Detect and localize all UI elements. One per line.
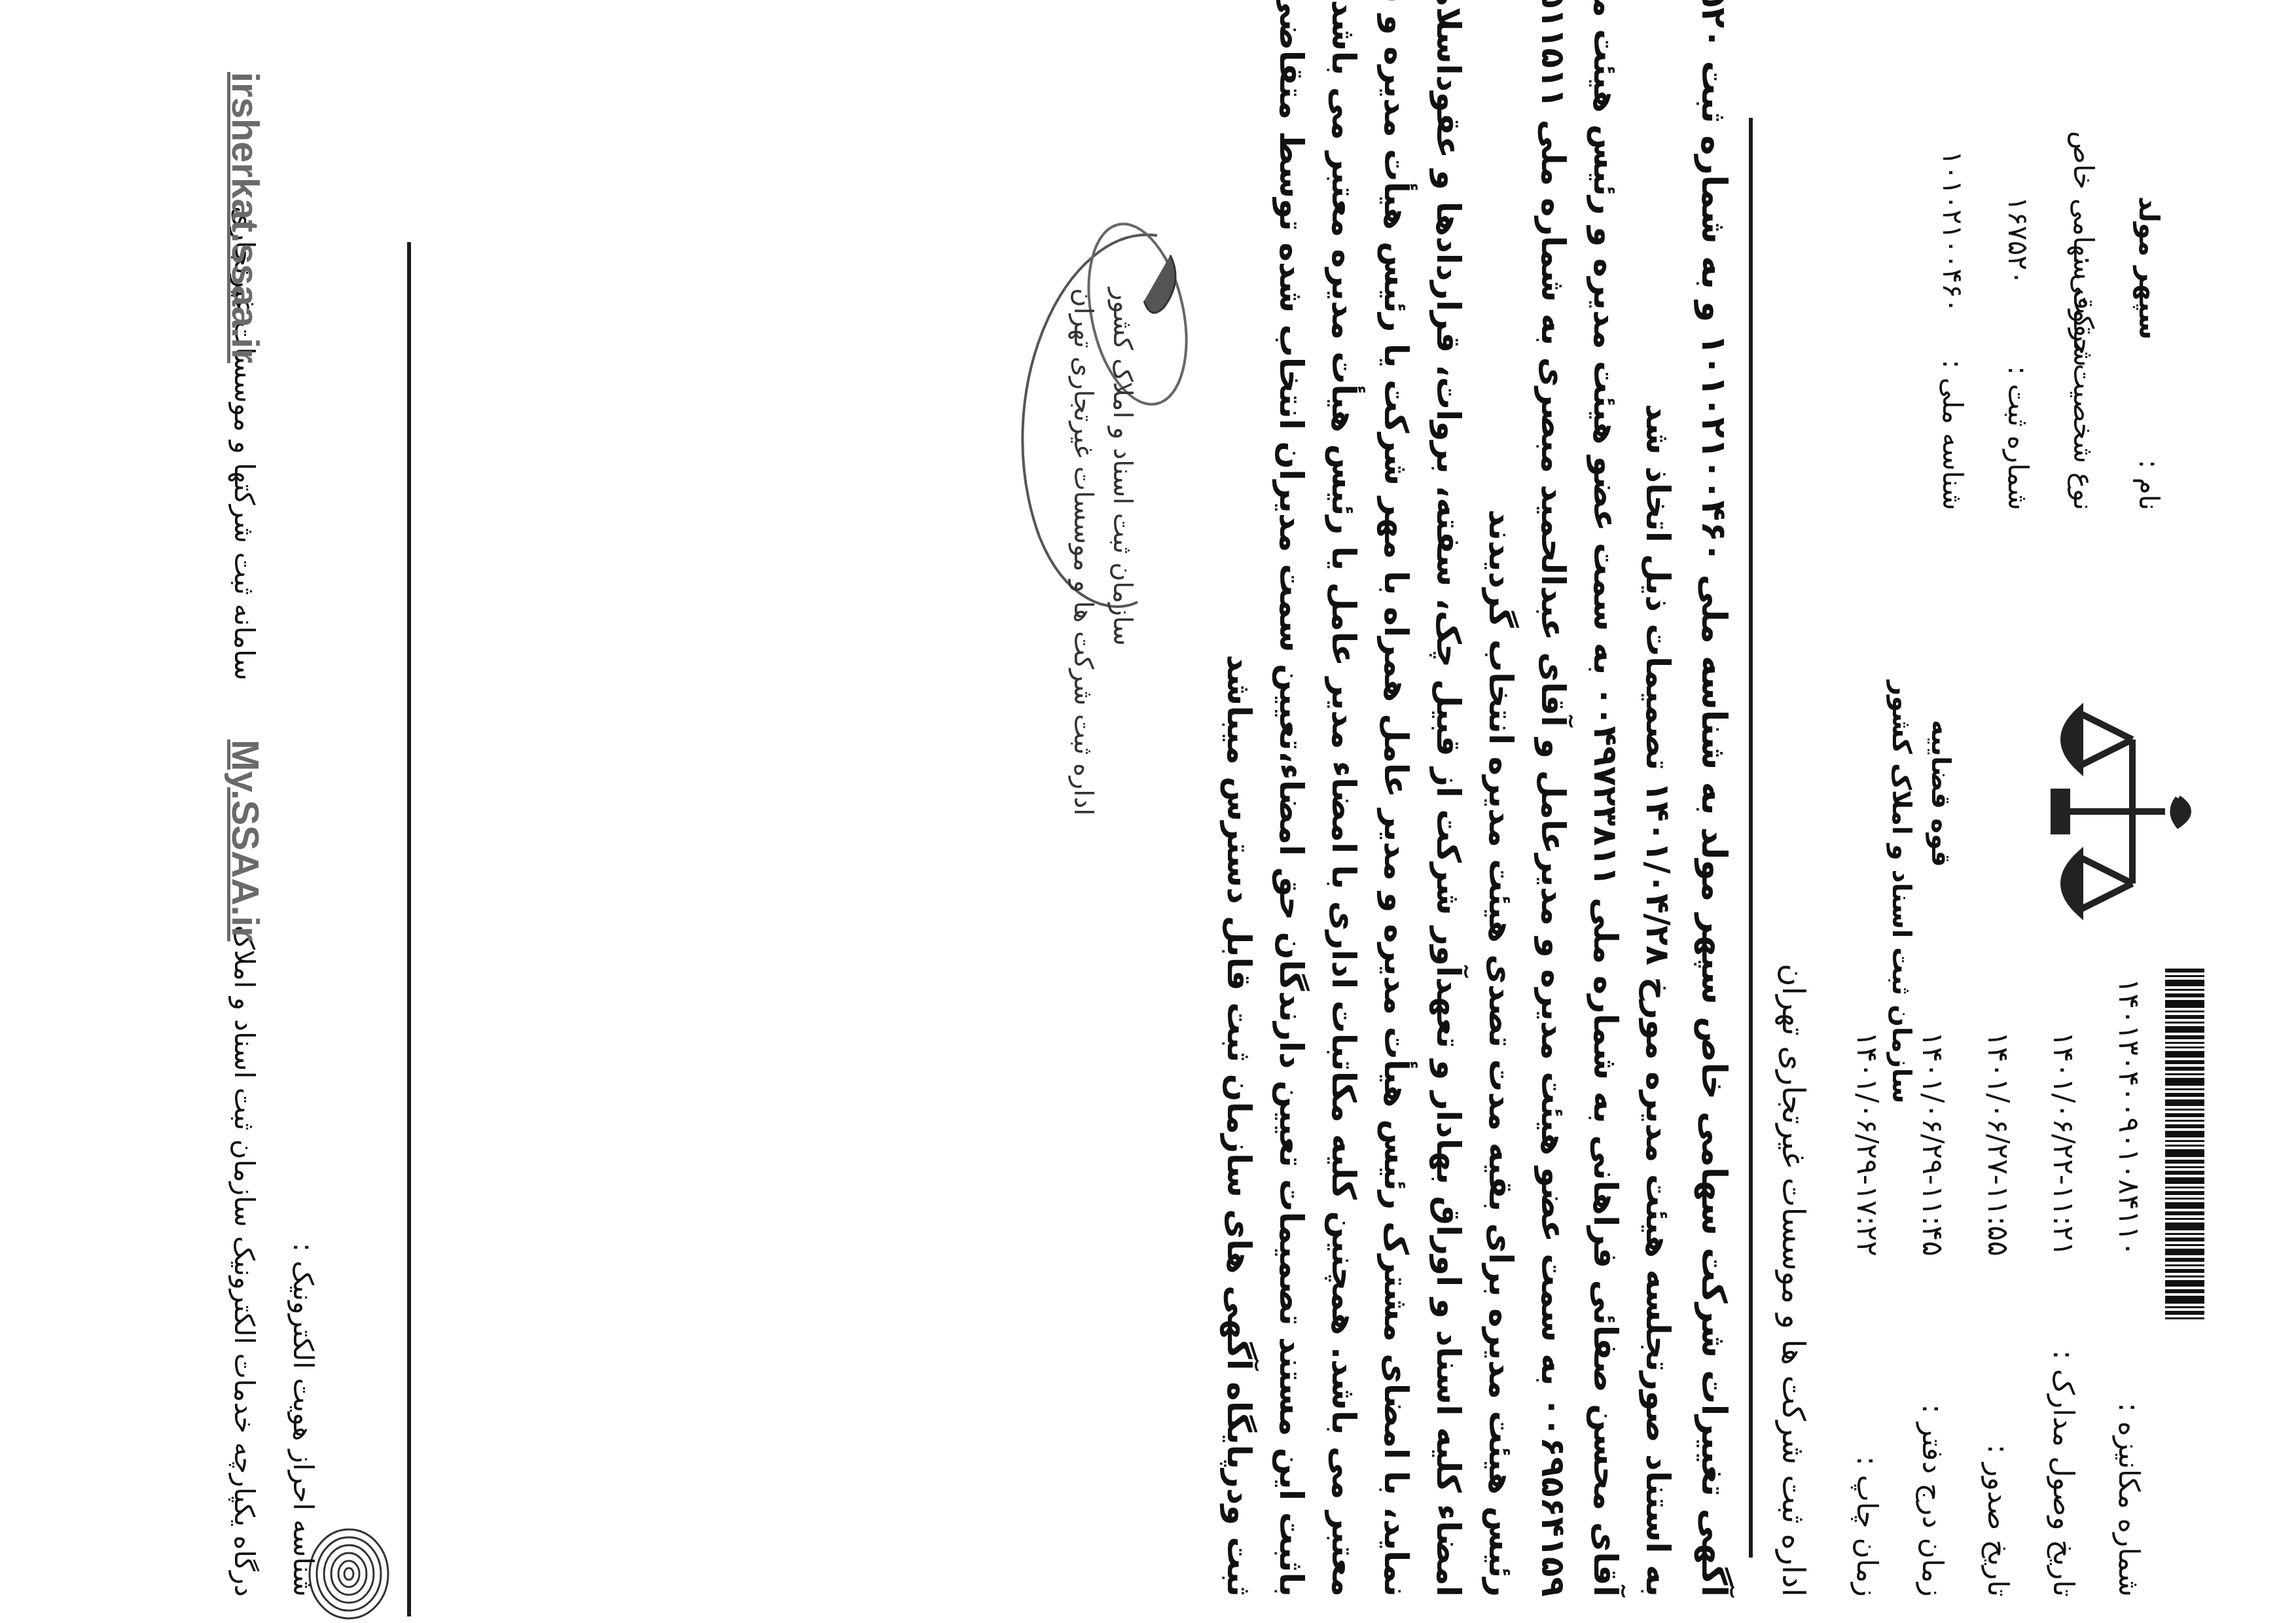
scales-of-justice-icon — [1969, 694, 2204, 929]
register-time-label: زمان درج دفتر : — [1916, 1404, 1949, 1597]
register-time-value: ۱۴۰۱/۰۶/۲۹-۱۱:۴۵ — [1916, 1031, 1949, 1257]
notice-line-4: رئیس هیئت مدیره برای بقیه مدت تصدی هیئت … — [1484, 509, 1517, 1597]
legal-type-value: شرکت سهامی خاص — [2068, 131, 2100, 367]
header-divider — [1749, 118, 1753, 1558]
irsherkat-link[interactable]: irsherkat.ssaa.ir — [223, 72, 267, 363]
judiciary-emblem — [1969, 694, 2204, 929]
barcode — [2165, 969, 2204, 1440]
document-page: شماره مکانیزه : ۱۴۰۱۳۰۴۰۰۹۰۱۰۸۴۱۱۰ تاریخ… — [0, 0, 2296, 1623]
issue-date-label: تاریخ صدور : — [1981, 1444, 2015, 1597]
company-name-label: نام : — [2133, 459, 2165, 510]
footer-myssaa-label: درگاه یکپارچه خدمات الکترونیک سازمان ثبت… — [228, 916, 260, 1597]
company-name-value: سپهر مولد — [2133, 196, 2165, 340]
stamp-line-1: سازمان ثبت اسناد و املاک کشور — [1107, 288, 1138, 646]
national-id-label: شناسه ملی : — [1937, 359, 1969, 510]
registration-number-label: شماره ثبت : — [2002, 366, 2034, 510]
notice-line-1: به استناد صورتجلسه هیئت مدیره مورخ ۱۴۰۱/… — [1641, 404, 1674, 1597]
notice-line-8: باثبت این مستند تصمیمات تعیین دارندگان ح… — [1275, 0, 1308, 1597]
myssaa-link[interactable]: My.SSAA.ir — [223, 740, 267, 941]
receipt-date-label: تاریخ وصول مدارک : — [2047, 1350, 2080, 1597]
notice-title: آگهی تغییرات شرکت سهامی خاص سپهر مولد به… — [1694, 0, 1733, 1597]
office-name: اداره ثبت شرکت ها و موسسات غیرتجاری تهرا… — [1775, 963, 1812, 1597]
print-time-value: ۱۴۰۱/۰۶/۲۹-۱۷:۲۲ — [1850, 1031, 1884, 1257]
mechanized-number-value: ۱۴۰۱۳۰۴۰۰۹۰۱۰۸۴۱۱۰ — [2112, 978, 2145, 1257]
notice-line-9: ثبت ودرپایگاه آگهی های سازمان ثبت قابل د… — [1223, 654, 1255, 1597]
issue-date-value: ۱۴۰۱/۰۶/۲۷-۱۱:۵۵ — [1981, 1031, 2015, 1257]
print-time-label: زمان چاپ : — [1850, 1456, 1884, 1597]
notice-line-3: ۰۰۶۹۵۶۴۱۵۹ به سمت عضو هیئت مدیره و مدیرع… — [1537, 0, 1570, 1597]
notice-line-2: آقای محسن صفائی فراهانی به شماره ملی ۰۰۴… — [1589, 0, 1622, 1597]
emblem-caption: سازمان ثبت اسناد و املاک کشور — [1886, 681, 1916, 1103]
emblem-subcaption: قوه قضاییه — [1926, 720, 1956, 867]
receipt-date-value: ۱۴۰۱/۰۶/۲۲-۱۱:۲۱ — [2047, 1031, 2080, 1257]
notice-line-6: نماید، با امضای مشترک رئیس هیأت مدیره و … — [1380, 0, 1412, 1597]
national-id-value: ۱۰۱۰۲۱۰۰۴۶۰ — [1937, 151, 1969, 313]
footer-auth-id-label: شناسه احراز هویت الکترونیک : — [287, 1243, 319, 1597]
footer-divider — [407, 242, 411, 1616]
mechanized-number-label: شماره مکانیزه : — [2112, 1402, 2145, 1597]
notice-line-7: معتبر می باشد. همچنین کلیه مکاتبات اداری… — [1327, 0, 1360, 1597]
registration-number-value: ۱۶۷۵۲۰ — [2002, 196, 2034, 285]
notice-line-5: امضاء کلیه اسناد و اوراق بهادار و تعهدآو… — [1432, 0, 1465, 1597]
stamp-line-2: اداره ثبت شرکت ها و موسسات غیرتجاری تهرا… — [1068, 288, 1098, 815]
